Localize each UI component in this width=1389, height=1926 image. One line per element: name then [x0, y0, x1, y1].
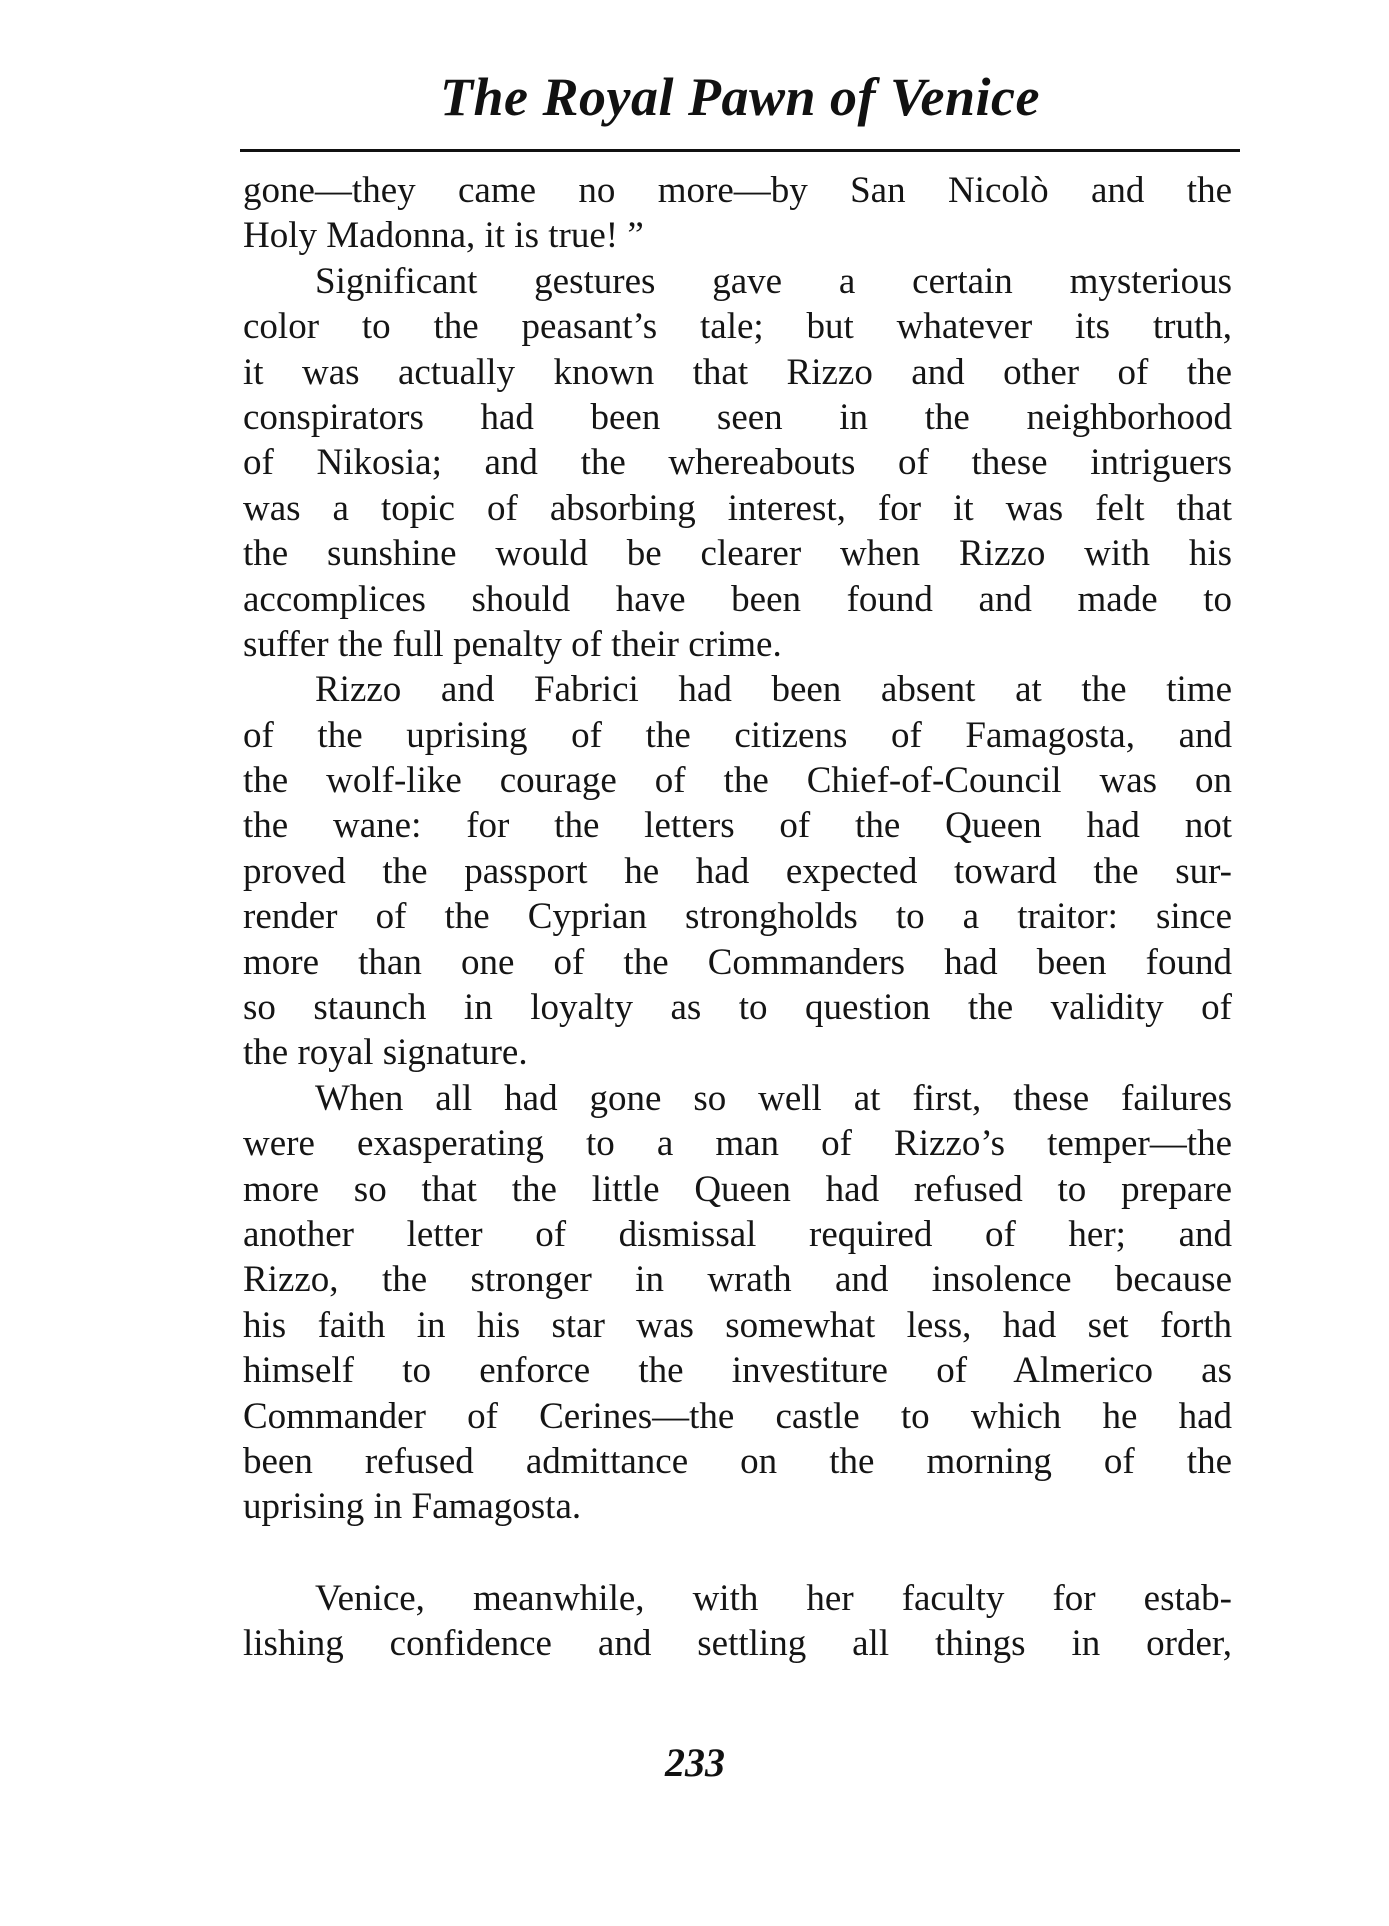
text-line: the royal signature. — [243, 1030, 1232, 1075]
page-number: 233 — [640, 1738, 750, 1788]
text-line: were exasperating to a man of Rizzo’s te… — [243, 1121, 1232, 1166]
text-line: proved the passport he had expected towa… — [243, 849, 1232, 894]
text-line: render of the Cyprian strongholds to a t… — [243, 894, 1232, 939]
paragraph: Rizzo and Fabrici had been absent at the… — [243, 667, 1232, 1076]
header-rule-divider — [240, 149, 1240, 152]
text-line: of Nikosia; and the whereabouts of these… — [243, 440, 1232, 485]
text-line: lishing confidence and settling all thin… — [243, 1621, 1232, 1666]
paragraph: Venice, meanwhile, with her faculty for … — [243, 1576, 1232, 1667]
text-line: the sunshine would be clearer when Rizzo… — [243, 531, 1232, 576]
text-line: so staunch in loyalty as to question the… — [243, 985, 1232, 1030]
text-line: another letter of dismissal required of … — [243, 1212, 1232, 1257]
text-line: Rizzo and Fabrici had been absent at the… — [243, 667, 1232, 712]
text-line: Venice, meanwhile, with her faculty for … — [243, 1576, 1232, 1621]
running-head-title: The Royal Pawn of Venice — [240, 62, 1240, 132]
text-line: conspirators had been seen in the neighb… — [243, 395, 1232, 440]
body-text: gone—they came no more—by San Nicolò and… — [243, 168, 1232, 1667]
text-line: it was actually known that Rizzo and oth… — [243, 350, 1232, 395]
text-line: the wolf-like courage of the Chief-of-Co… — [243, 758, 1232, 803]
text-line: of the uprising of the citizens of Famag… — [243, 713, 1232, 758]
text-line: color to the peasant’s tale; but whateve… — [243, 304, 1232, 349]
paragraph: gone—they came no more—by San Nicolò and… — [243, 168, 1232, 259]
text-line: accomplices should have been found and m… — [243, 577, 1232, 622]
text-line: uprising in Famagosta. — [243, 1484, 1232, 1529]
text-line: Commander of Cerines—the castle to which… — [243, 1394, 1232, 1439]
section-break — [243, 1530, 1232, 1576]
paragraph: When all had gone so well at first, thes… — [243, 1076, 1232, 1530]
text-line: more so that the little Queen had refuse… — [243, 1167, 1232, 1212]
text-line: was a topic of absorbing interest, for i… — [243, 486, 1232, 531]
text-line: been refused admittance on the morning o… — [243, 1439, 1232, 1484]
text-line: Significant gestures gave a certain myst… — [243, 259, 1232, 304]
paragraph: Significant gestures gave a certain myst… — [243, 259, 1232, 668]
text-line: more than one of the Commanders had been… — [243, 940, 1232, 985]
text-line: When all had gone so well at first, thes… — [243, 1076, 1232, 1121]
book-page: The Royal Pawn of Venice gone—they came … — [0, 0, 1389, 1926]
text-line: gone—they came no more—by San Nicolò and… — [243, 168, 1232, 213]
text-line: suffer the full penalty of their crime. — [243, 622, 1232, 667]
text-line: himself to enforce the investiture of Al… — [243, 1348, 1232, 1393]
text-line: Holy Madonna, it is true! ” — [243, 213, 1232, 258]
text-line: his faith in his star was somewhat less,… — [243, 1303, 1232, 1348]
text-line: the wane: for the letters of the Queen h… — [243, 803, 1232, 848]
text-line: Rizzo, the stronger in wrath and insolen… — [243, 1257, 1232, 1302]
